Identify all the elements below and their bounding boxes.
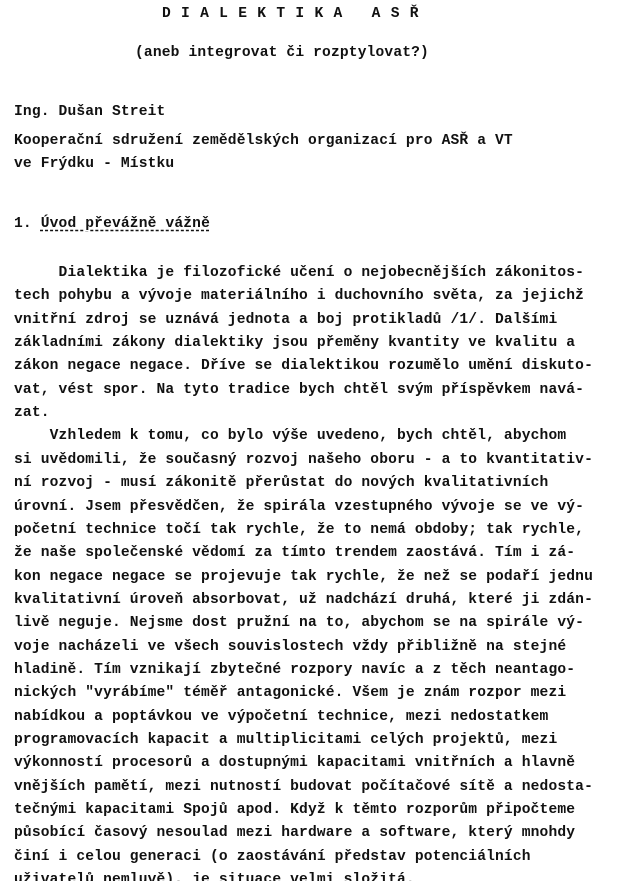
document-subtitle: (aneb integrovat či rozptylovat?) [135, 45, 429, 61]
body-line: tečnými kapacitami Spojů apod. Když k tě… [14, 802, 575, 818]
body-line: že naše společenské vědomí za tímto tren… [14, 545, 575, 561]
body-line: voje nacházeli ve všech souvislostech vž… [14, 639, 566, 655]
body-line: hladině. Tím vznikají zbytečné rozpory n… [14, 662, 575, 678]
section-title: Úvod převážně vážně [41, 216, 210, 232]
body-line: kon negace negace se projevuje tak rychl… [14, 569, 593, 585]
body-line: si uvědomili, že současný rozvoj našeho … [14, 452, 593, 468]
document-title: DIALEKTIKA ASŘ [162, 6, 429, 22]
body-line: Dialektika je filozofické učení o nejobe… [14, 265, 584, 281]
body-line: ní rozvoj - musí zákonitě přerůstat do n… [14, 475, 548, 491]
body-line: základními zákony dialektiky jsou přeměn… [14, 335, 575, 351]
body-line: Vzhledem k tomu, co bylo výše uvedeno, b… [14, 428, 566, 444]
body-line: zákon negace negace. Dříve se dialektiko… [14, 358, 593, 374]
body-line: programovacích kapacit a multiplicitami … [14, 732, 557, 748]
body-line: působící časový nesoulad mezi hardware a… [14, 825, 575, 841]
body-line: nických "vyrábíme" téměř antagonické. Vš… [14, 685, 566, 701]
body-line: činí i celou generaci (o zaostávání před… [14, 849, 531, 865]
body-line: výkonností procesorů a dostupnými kapaci… [14, 755, 575, 771]
body-line: úrovní. Jsem přesvědčen, že spirála vzes… [14, 499, 584, 515]
body-line: nabídkou a poptávkou ve výpočetní techni… [14, 709, 548, 725]
author-name: Ing. Dušan Streit [14, 104, 165, 120]
body-line: vat, vést spor. Na tyto tradice bych cht… [14, 382, 584, 398]
body-line: livě neguje. Nejsme dost pružní na to, a… [14, 615, 584, 631]
body-line: uživatelů nemluvě), je situace velmi slo… [14, 872, 415, 881]
body-line: početní technice točí tak rychle, že to … [14, 522, 584, 538]
section-heading: 1. Úvod převážně vážně [14, 216, 210, 232]
body-line: zat. [14, 405, 50, 421]
affiliation-line-2: ve Frýdku - Místku [14, 156, 174, 172]
body-line: vnitřní zdroj se uznává jednota a boj pr… [14, 312, 557, 328]
section-number: 1. [14, 216, 41, 232]
affiliation-line-1: Kooperační sdružení zemědělských organiz… [14, 133, 513, 149]
body-line: vnějších pamětí, mezi nutností budovat p… [14, 779, 593, 795]
body-line: kvalitativní úroveň absorbovat, už nadch… [14, 592, 593, 608]
body-line: tech pohybu a vývoje materiálního i duch… [14, 288, 584, 304]
